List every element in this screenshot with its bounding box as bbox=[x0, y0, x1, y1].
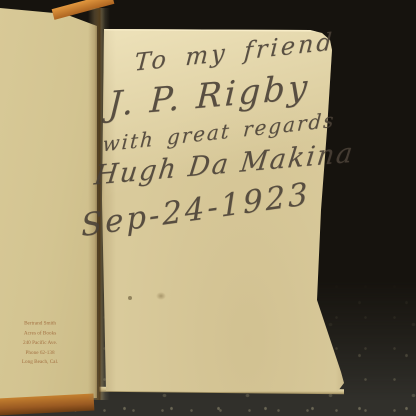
stamp-line-street-address: 240 Pacific Ave. bbox=[13, 338, 67, 348]
stamp-line-seller-name: Bertrand Smith bbox=[13, 319, 67, 329]
stamp-line-phone: Phone 62-138 bbox=[13, 348, 67, 358]
page-stain bbox=[156, 292, 166, 300]
page-stain bbox=[128, 296, 132, 300]
stamp-line-city: Long Beach, Cal. bbox=[13, 357, 67, 367]
stamp-line-store-name: Acres of Books bbox=[13, 329, 67, 339]
bookseller-stamp: Bertrand Smith Acres of Books 240 Pacifi… bbox=[13, 319, 67, 367]
photo-inscribed-book: To my friend J. P. Rigby with great rega… bbox=[0, 0, 416, 416]
